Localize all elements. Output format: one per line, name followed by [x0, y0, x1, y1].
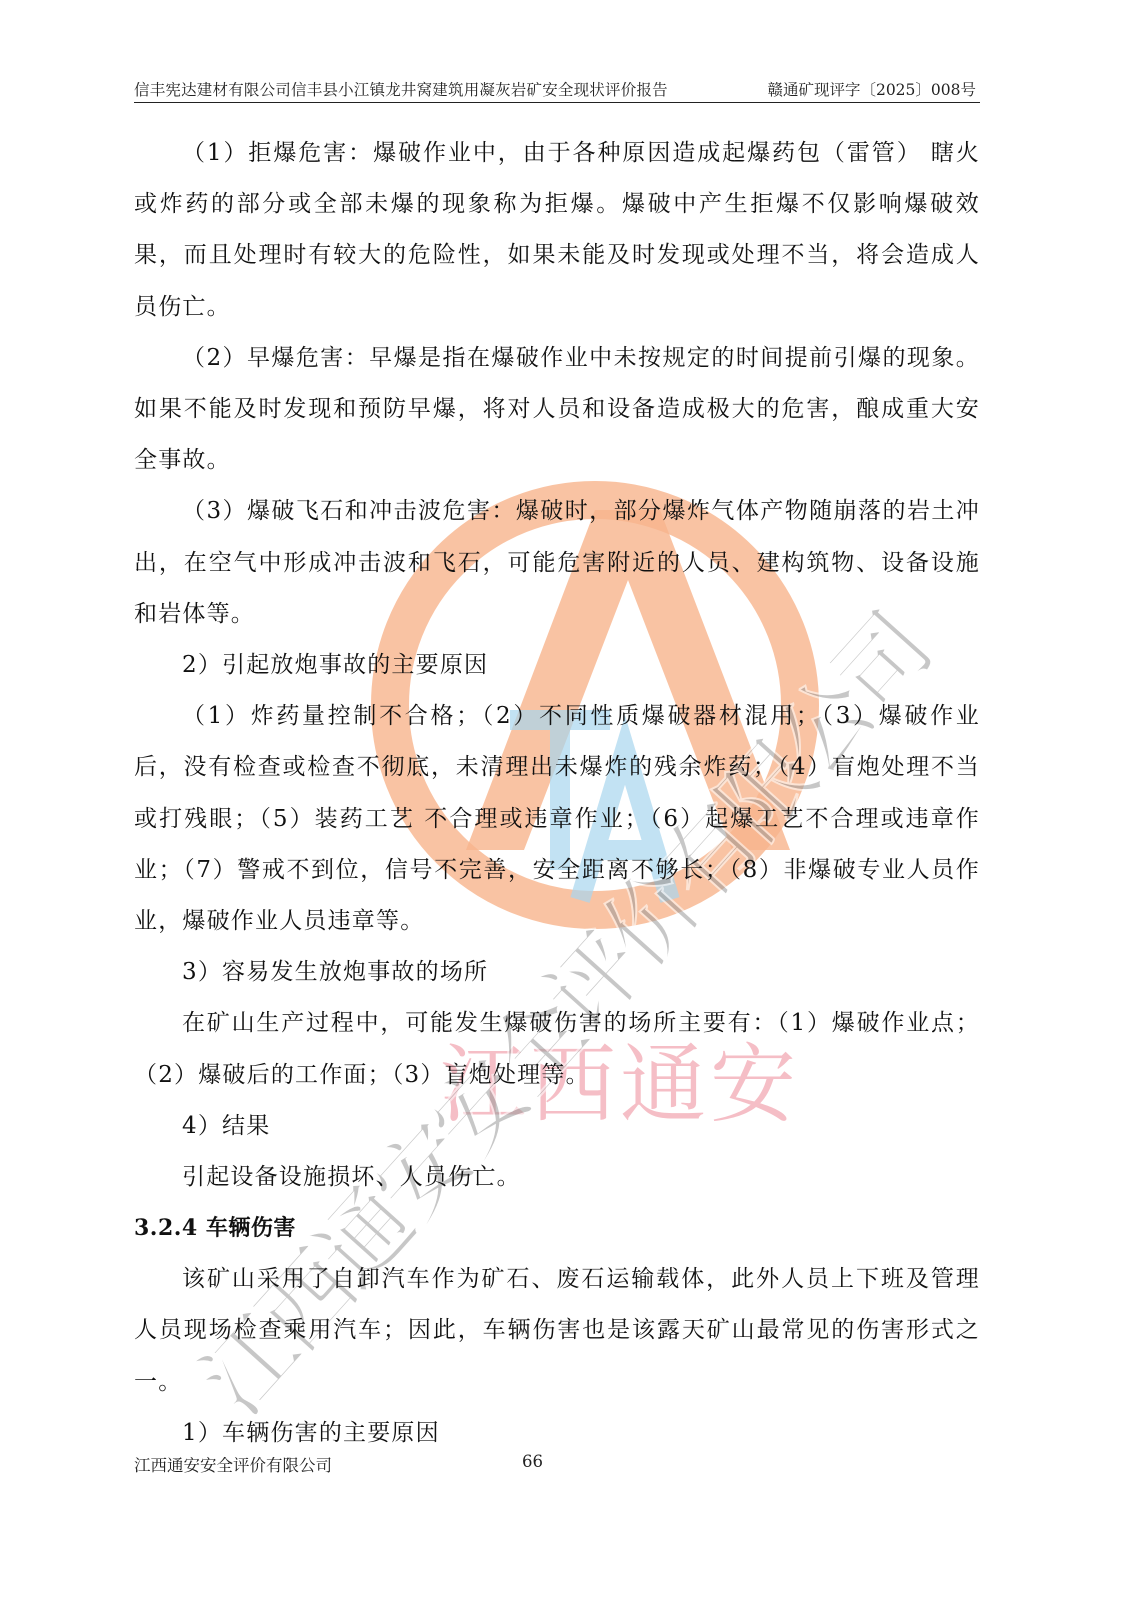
footer-company: 江西通安安全评价有限公司	[134, 1452, 332, 1476]
page-number: 66	[522, 1452, 543, 1471]
report-number: 赣通矿现评字〔2025〕008号	[767, 78, 976, 100]
paragraph-result: 引起设备设施损坏、人员伤亡。	[134, 1152, 980, 1203]
paragraph-blast-causes: （1）炸药量控制不合格；（2）不同性质爆破器材混用；（3）爆破作业后，没有检查或…	[134, 691, 980, 947]
paragraph-vehicle-injury: 该矿山采用了自卸汽车作为矿石、废石运输载体，此外人员上下班及管理人员现场检查乘用…	[134, 1254, 980, 1408]
report-title: 信丰宪达建材有限公司信丰县小江镇龙井窝建筑用凝灰岩矿安全现状评价报告	[134, 78, 668, 100]
paragraph-premature-hazard: （2）早爆危害：早爆是指在爆破作业中未按规定的时间提前引爆的现象。如果不能及时发…	[134, 333, 980, 487]
page-header: 信丰宪达建材有限公司信丰县小江镇龙井窝建筑用凝灰岩矿安全现状评价报告 赣通矿现评…	[134, 76, 980, 103]
page-content: （1）拒爆危害：爆破作业中，由于各种原因造成起爆药包（雷管） 瞎火或炸药的部分或…	[134, 128, 980, 1459]
subheading-blast-causes: 2）引起放炮事故的主要原因	[134, 640, 980, 691]
section-heading-vehicle-injury: 3.2.4 车辆伤害	[134, 1203, 980, 1254]
document-page: 江西通安 江西通安安全评价有限公司 信丰宪达建材有限公司信丰县小江镇龙井窝建筑用…	[0, 0, 1131, 1600]
subheading-blast-locations: 3）容易发生放炮事故的场所	[134, 947, 980, 998]
paragraph-blast-locations: 在矿山生产过程中，可能发生爆破伤害的场所主要有：（1）爆破作业点；（2）爆破后的…	[134, 998, 980, 1100]
paragraph-misfire-hazard: （1）拒爆危害：爆破作业中，由于各种原因造成起爆药包（雷管） 瞎火或炸药的部分或…	[134, 128, 980, 333]
paragraph-flyrock-hazard: （3）爆破飞石和冲击波危害：爆破时，部分爆炸气体产物随崩落的岩土冲出，在空气中形…	[134, 486, 980, 640]
subheading-result: 4）结果	[134, 1101, 980, 1152]
